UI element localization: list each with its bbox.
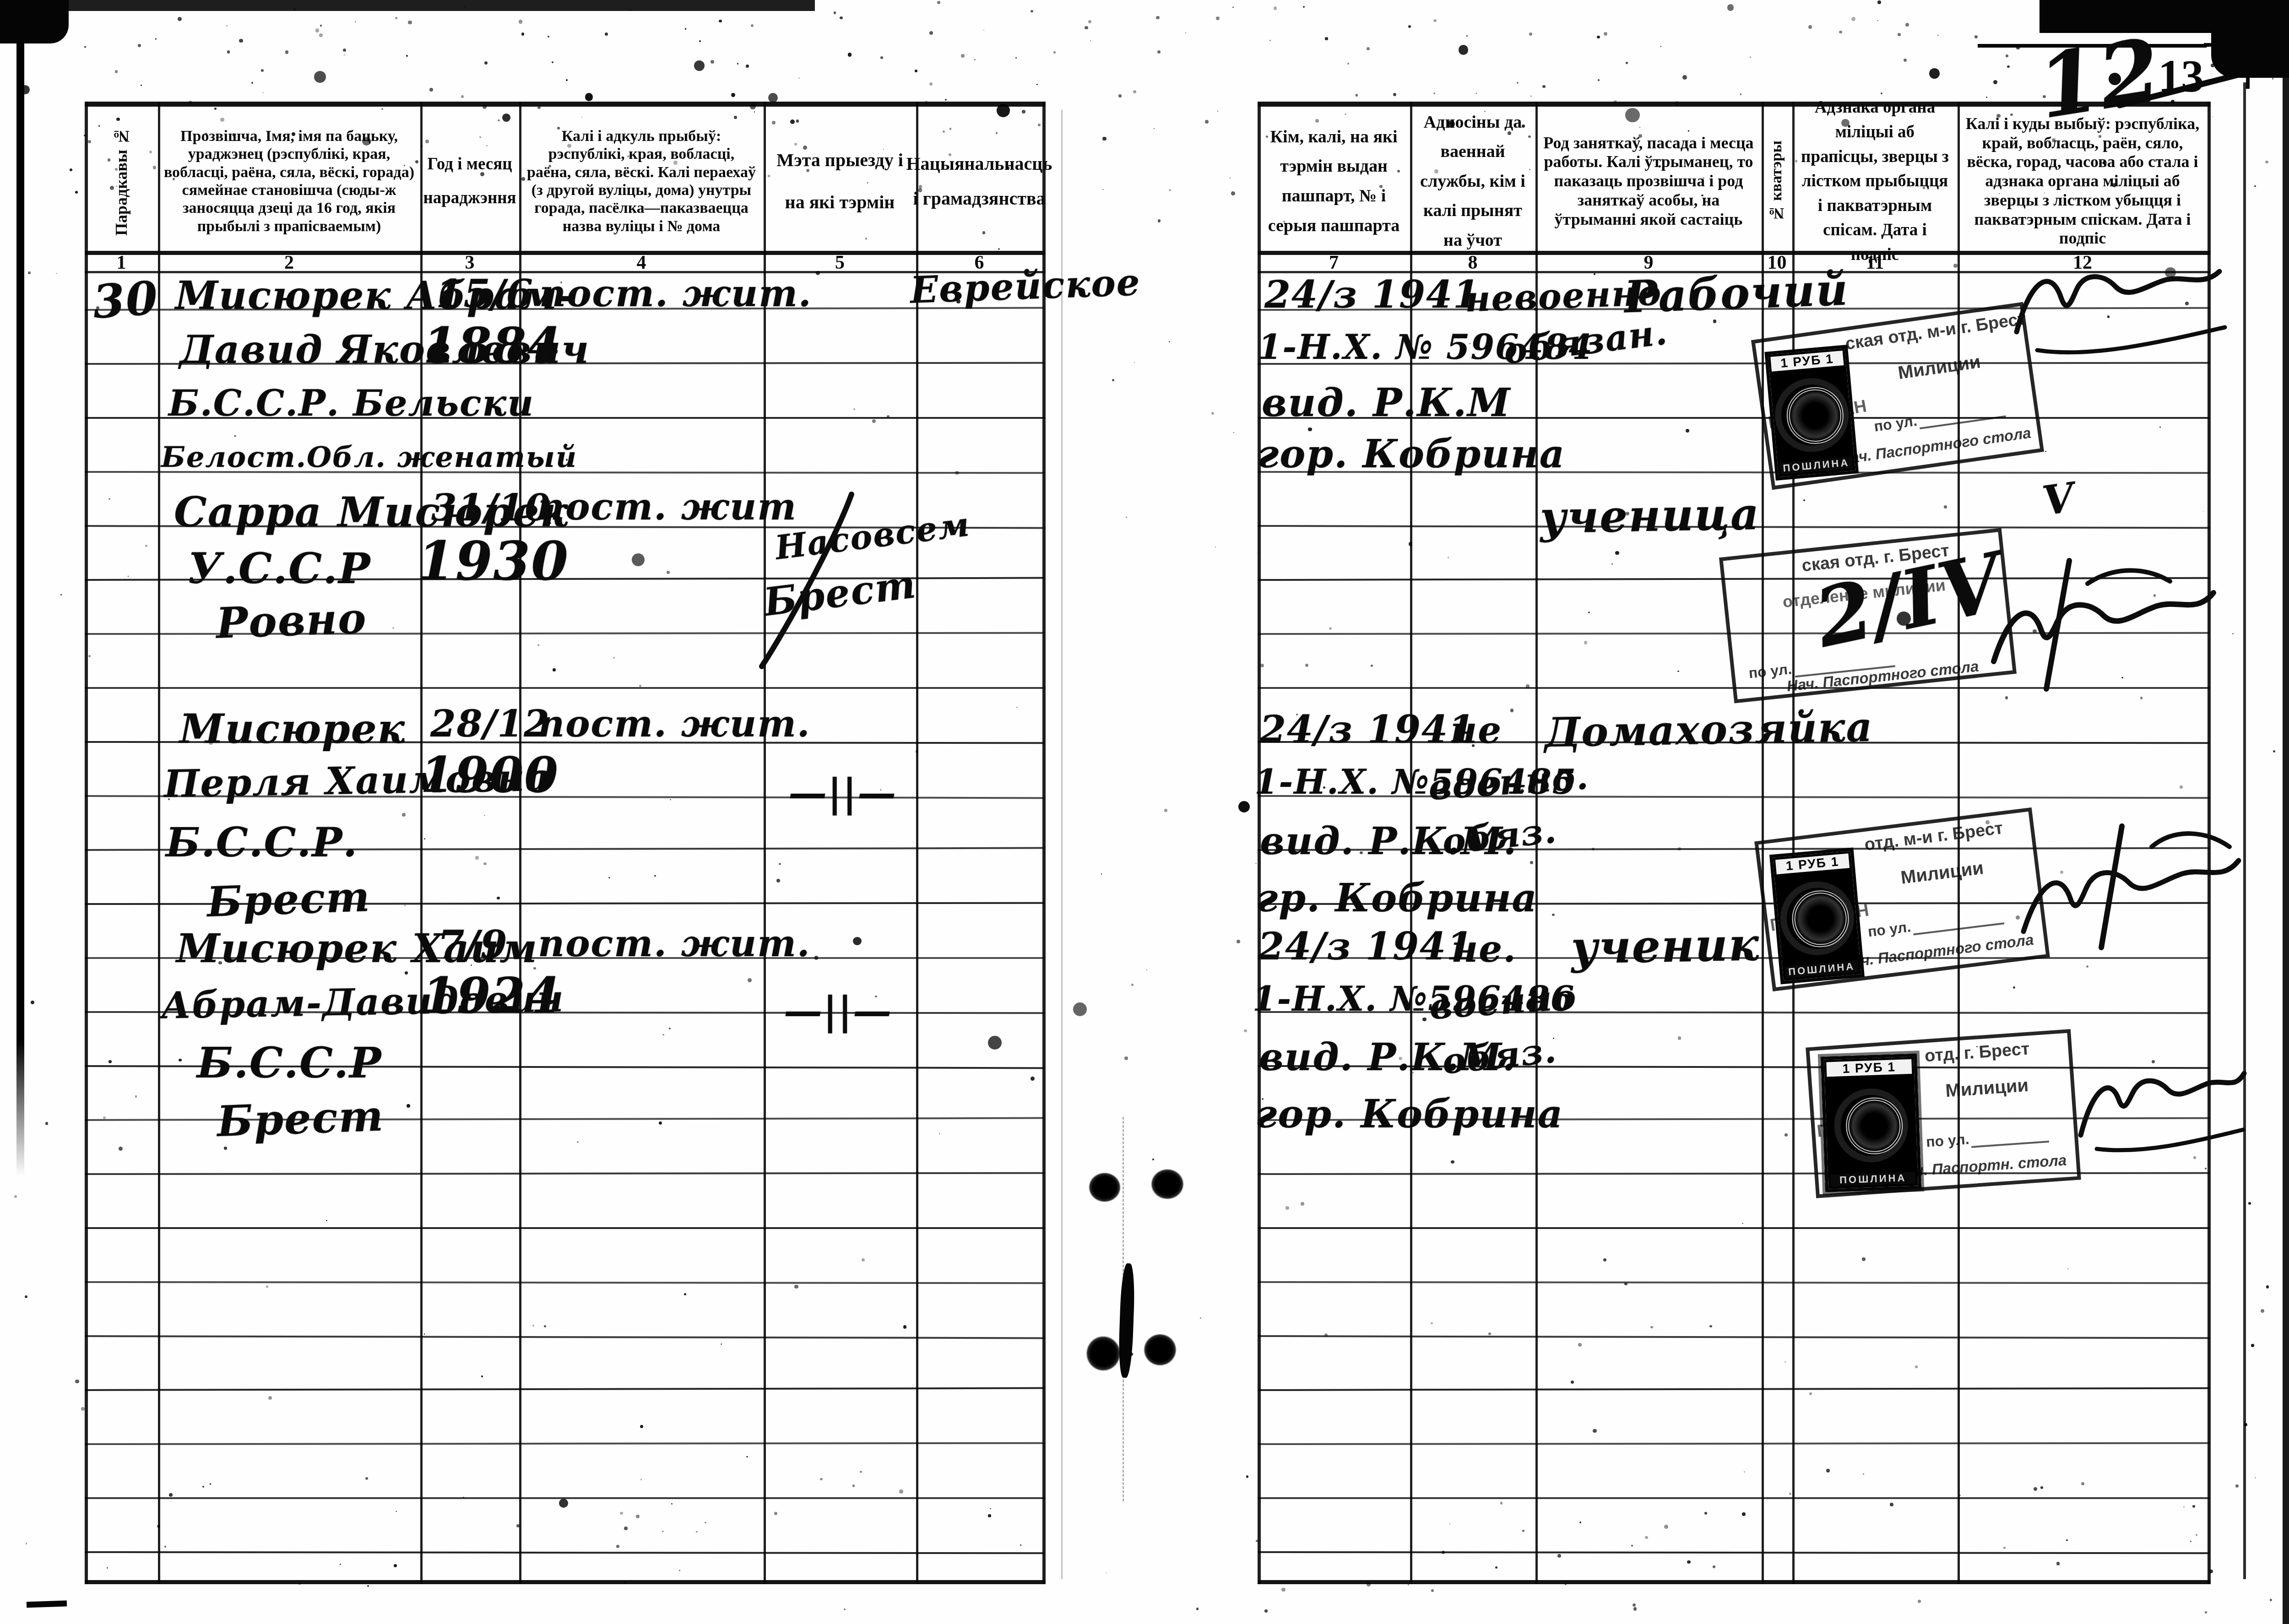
column-number-5: 5 [764, 252, 916, 274]
stamp3-street-line: по ул. [1867, 918, 1912, 940]
stamp3-street-blank [1913, 922, 2004, 935]
speckle [224, 1147, 227, 1150]
speckle [1185, 32, 1187, 33]
speckle [1303, 6, 1305, 8]
entry3-purpose-ditto: —||— [788, 770, 897, 815]
speckle [1713, 1565, 1715, 1568]
speckle [2183, 1506, 2184, 1507]
speckle [532, 1325, 534, 1326]
speckle [1603, 1258, 1606, 1261]
speckle [2013, 986, 2015, 989]
speckle [929, 31, 933, 35]
revenue-stamp-value: 1 РУБ 1 [1775, 853, 1850, 874]
speckle [776, 879, 780, 882]
speckle [1112, 379, 1114, 381]
speckle [1974, 35, 1978, 38]
speckle [844, 1608, 846, 1610]
speckle [1053, 51, 1056, 54]
speckle [1238, 801, 1250, 812]
speckle [464, 6, 465, 8]
speckle [394, 1564, 397, 1567]
speckle [179, 1059, 182, 1062]
speckle [1530, 96, 1532, 97]
entry4-name-line4: Брест [216, 1091, 385, 1147]
speckle [1196, 1608, 1199, 1610]
speckle [632, 553, 645, 566]
speckle [721, 1343, 722, 1345]
speckle [1031, 1077, 1035, 1081]
entry3-birth-day: 28/12 [430, 702, 550, 745]
speckle [853, 937, 861, 945]
speckle [1650, 1326, 1653, 1328]
speckle [1744, 1471, 1745, 1472]
entry3-residence: пост. жит. [538, 702, 811, 745]
signature-1 [2010, 259, 2229, 373]
speckle [1682, 75, 1687, 80]
speckle [107, 1567, 108, 1569]
speckle [640, 1479, 642, 1480]
speckle [1073, 1002, 1087, 1016]
speckle [141, 85, 142, 86]
speckle [461, 95, 464, 98]
speckle [705, 1522, 706, 1524]
speckle [840, 16, 843, 20]
stamp1-org-line: Милиции [1897, 352, 1982, 384]
entry3-name-line3: Б.С.С.Р. [166, 818, 358, 866]
speckle [1016, 707, 1017, 708]
speckle [699, 40, 701, 42]
speckle [559, 1499, 568, 1508]
speckle [2203, 511, 2204, 512]
entry2-birth-day: 31/10 [431, 486, 551, 529]
speckle [2056, 1562, 2060, 1565]
speckle [2190, 1541, 2191, 1542]
speckle [862, 1258, 865, 1261]
speckle [961, 54, 965, 58]
speckle [937, 1, 940, 4]
speckle [2034, 1487, 2037, 1491]
speckle [1993, 80, 1997, 84]
speckle [1448, 557, 1449, 558]
scan-mark-bottom-left [27, 1600, 67, 1608]
speckle [1542, 85, 1545, 88]
speckle [983, 30, 984, 31]
speckle [2006, 54, 2008, 57]
entry3-military-line1: не [1450, 709, 1502, 752]
speckle [608, 877, 610, 878]
speckle [1466, 35, 1468, 37]
speckle [1579, 1521, 1581, 1523]
speckle [343, 49, 346, 52]
entry1-residence: пост. жит. [539, 272, 812, 315]
speckle [1371, 665, 1373, 667]
entry4-name-line3: Б.С.С.Р [197, 1038, 382, 1088]
speckle [81, 1407, 84, 1410]
column-number-1: 1 [85, 252, 158, 274]
column-header-11: Адзнака органа міліцыі аб прапісцы, звер… [1792, 112, 1958, 251]
scan-edge-top [0, 0, 815, 11]
speckle [1742, 1223, 1743, 1224]
speckle [768, 93, 778, 103]
speckle [852, 1484, 855, 1487]
speckle [1124, 1056, 1128, 1060]
speckle [1449, 1523, 1451, 1525]
column-number-3: 3 [420, 252, 519, 274]
column-header-7: Кім, калі, на які тэрмін выдан пашпарт, … [1258, 112, 1410, 251]
speckle [135, 1095, 137, 1098]
speckle [227, 50, 230, 54]
speckle [1633, 1607, 1637, 1611]
speckle [293, 8, 296, 11]
speckle [1164, 809, 1167, 812]
speckle [1740, 93, 1742, 95]
speckle [483, 862, 487, 866]
grid-line [85, 102, 88, 1584]
stamp3-city-line: отд. м-и г. Брест [1863, 818, 2004, 855]
speckle [1626, 62, 1628, 64]
speckle [620, 1512, 623, 1515]
grid-line [1258, 1551, 2209, 1554]
speckle [624, 1527, 628, 1530]
speckle [1158, 219, 1161, 222]
speckle [2273, 750, 2275, 752]
speckle [1169, 189, 1171, 191]
speckle [1904, 59, 1907, 62]
speckle [1255, 863, 1257, 864]
column-number-7: 7 [1258, 252, 1410, 274]
speckle [396, 1511, 397, 1512]
entry4-military-line1: не. [1451, 927, 1517, 970]
speckle [2272, 78, 2273, 79]
binding-hole [1086, 1170, 1123, 1205]
grid-line [85, 1335, 1044, 1339]
speckle [214, 108, 217, 110]
speckle [1134, 362, 1135, 363]
entry3-passport-line1: 24/з 1941 [1260, 708, 1475, 752]
scan-corner-blob-right [2039, 0, 2289, 33]
speckle [2164, 10, 2167, 13]
speckle [834, 11, 836, 14]
speckle [392, 627, 394, 629]
grid-line [1258, 1387, 2209, 1391]
scanned-register-spread: Парадкавы № Прозвішча, Імя, імя па бацьк… [0, 0, 2289, 1624]
speckle [684, 1293, 686, 1295]
speckle [1031, 10, 1033, 13]
speckle [1530, 861, 1533, 864]
grid-line [85, 1551, 1044, 1554]
speckle [28, 271, 31, 274]
speckle [155, 38, 157, 40]
speckle [685, 28, 686, 29]
speckle [1660, 46, 1661, 47]
speckle [544, 1325, 547, 1328]
entry2-name-line2: У.С.С.Р [188, 544, 371, 593]
police-registration-stamp-4: отд. г. Брест Милиции ПРОПИСАН по ул. На… [1806, 1029, 2081, 1198]
speckle [402, 813, 406, 817]
speckle [1347, 63, 1349, 65]
speckle [2235, 1484, 2239, 1488]
column-header-9: Род заняткаў, пасада і месца работы. Кал… [1535, 112, 1762, 251]
page-frame-right [2243, 82, 2246, 1579]
speckle [2255, 1477, 2256, 1478]
entry1-name-line4: Белост.Обл. женатый [161, 440, 577, 474]
speckle [1645, 1536, 1648, 1539]
stamp4-street-line: по ул. [1926, 1131, 1970, 1150]
speckle [1205, 120, 1209, 124]
grid-line [1258, 1497, 2209, 1499]
speckle [731, 93, 735, 97]
entry2-name-line3: Ровно [215, 593, 368, 648]
speckle [57, 10, 59, 12]
speckle [1597, 36, 1600, 39]
speckle [2205, 1168, 2207, 1169]
stamp4-chief-line: Нач. Паспортн. стола [1895, 1152, 2067, 1181]
grid-line [85, 1281, 1044, 1284]
speckle [2212, 116, 2213, 118]
speckle [2248, 1202, 2251, 1205]
speckle [1126, 517, 1127, 518]
speckle [1785, 1133, 1788, 1137]
column-number-2: 2 [158, 252, 420, 274]
speckle [424, 1333, 425, 1334]
revenue-stamp-3: 1 РУБ 1 ПОШЛИНА [1769, 847, 1865, 984]
signature-4 [2074, 1048, 2248, 1158]
speckle [1133, 90, 1136, 93]
speckle [1905, 23, 1909, 27]
entry4-passport-line1: 24/з 1941 [1258, 925, 1474, 969]
speckle [553, 668, 555, 671]
speckle [169, 1493, 173, 1497]
speckle [1598, 79, 1599, 81]
entry3-birth-year: 1900 [420, 746, 559, 803]
speckle [2066, 1539, 2068, 1542]
speckle [2270, 1599, 2272, 1601]
scan-edge-left [16, 41, 24, 1176]
speckle [266, 1285, 269, 1288]
entry2-occupation: ученица [1540, 488, 1760, 543]
speckle [1200, 1317, 1201, 1319]
speckle [1677, 671, 1679, 672]
speckle [2040, 1486, 2043, 1489]
speckle [1877, 0, 1881, 4]
speckle [108, 498, 110, 500]
speckle [848, 53, 852, 56]
stamp1-chief-line: Нач. Паспортного стола [1839, 424, 2032, 468]
speckle [1085, 26, 1088, 30]
speckle [659, 1121, 662, 1125]
speckle [1615, 551, 1619, 555]
speckle [1106, 1572, 1107, 1573]
grid-line [85, 1442, 1044, 1445]
speckle [1020, 1544, 1021, 1546]
speckle [1686, 429, 1689, 433]
speckle [605, 32, 608, 36]
speckle [381, 108, 383, 110]
page-number-strike-line [2115, 60, 2252, 114]
speckle [226, 25, 228, 27]
grid-line [85, 1172, 1044, 1175]
speckle [1500, 1502, 1502, 1504]
check-mark: V [2039, 473, 2078, 525]
speckle [1862, 1257, 1866, 1261]
speckle [1215, 547, 1216, 547]
speckle [1704, 1512, 1707, 1515]
entry3-name-line4: Брест [206, 872, 371, 926]
speckle [548, 36, 550, 38]
speckle [654, 875, 656, 877]
speckle [115, 70, 118, 73]
speckle [484, 61, 488, 65]
speckle [1476, 93, 1477, 94]
speckle [326, 1220, 327, 1221]
grid-line [1042, 102, 1046, 1584]
speckle [1986, 97, 1987, 98]
speckle [145, 545, 147, 547]
speckle [696, 1531, 698, 1533]
speckle [1015, 57, 1017, 59]
speckle [344, 54, 345, 55]
revenue-stamp-emblem [1785, 385, 1846, 446]
entry4-passport-line4: гор. Кобрина [1255, 1091, 1563, 1137]
entry4-birth-day: 7/9 [438, 922, 508, 967]
speckle [1156, 16, 1159, 19]
speckle [406, 55, 408, 57]
speckle [21, 85, 29, 94]
column-header-2: Прозвішча, Імя, імя па бацьку, ураджэнец… [158, 112, 420, 251]
column-header-10: № кватэры [1762, 112, 1792, 251]
speckle [340, 1564, 341, 1565]
speckle [1488, 1332, 1491, 1335]
column-number-8: 8 [1410, 252, 1535, 274]
stamp4-city-line: отд. г. Брест [1924, 1039, 2030, 1066]
signature-2 [1982, 556, 2220, 698]
speckle [1687, 1560, 1690, 1564]
speckle [1517, 82, 1519, 84]
speckle [820, 1478, 823, 1481]
speckle [1090, 40, 1091, 41]
speckle [138, 44, 141, 47]
speckle [974, 59, 976, 60]
speckle [1431, 1589, 1434, 1592]
speckle [2265, 161, 2268, 163]
speckle [566, 79, 568, 81]
speckle [2261, 1309, 2265, 1313]
speckle [2159, 426, 2161, 428]
speckle [2254, 185, 2256, 187]
stamp4-org-line: Милиции [1945, 1075, 2029, 1102]
speckle [164, 1546, 166, 1548]
purpose-slash-stroke [747, 484, 866, 677]
speckle [719, 20, 722, 23]
speckle [1898, 33, 1901, 36]
speckle [990, 1508, 991, 1510]
speckle [2086, 965, 2088, 968]
speckle [31, 1001, 34, 1004]
speckle [1329, 627, 1332, 630]
speckle [1036, 84, 1038, 85]
revenue-stamp-label: ПОШЛИНА [1780, 456, 1853, 475]
speckle [1495, 1566, 1497, 1569]
speckle [268, 1396, 272, 1400]
entry3-passport-line4: гр. Кобрина [1256, 875, 1538, 920]
grid-line [420, 102, 423, 1584]
speckle [1232, 7, 1234, 8]
speckle [616, 1545, 619, 1548]
speckle [429, 88, 433, 92]
speckle [1584, 641, 1588, 644]
speckle [14, 1195, 17, 1198]
speckle [75, 1380, 79, 1384]
speckle [1269, 40, 1271, 41]
entry1-nationality: Еврейское [910, 260, 1142, 312]
speckle [1169, 341, 1170, 342]
speckle [210, 1483, 211, 1484]
grid-line [916, 102, 918, 1584]
entry1-passport-line1: 24/з 1941 [1264, 273, 1480, 317]
grid-line [85, 102, 1045, 107]
speckle [1433, 19, 1437, 22]
speckle [1727, 4, 1734, 11]
speckle [1088, 20, 1091, 23]
speckle [1237, 940, 1240, 943]
speckle [1367, 47, 1370, 50]
grid-line [85, 1497, 1044, 1499]
speckle [1408, 1584, 1409, 1586]
speckle [1937, 35, 1939, 36]
speckle [119, 1147, 123, 1151]
speckle [1130, 1353, 1133, 1356]
grid-line [85, 1227, 1044, 1229]
binding-hole [1083, 1333, 1123, 1374]
police-registration-stamp-3: отд. м-и г. Брест Милиции ПРОПИСАН по ул… [1754, 807, 2050, 991]
speckle [1131, 984, 1134, 986]
speckle [2205, 1611, 2207, 1613]
signature-3 [2014, 819, 2243, 957]
speckle [988, 1036, 1002, 1050]
speckle [1393, 93, 1397, 97]
speckle [1552, 914, 1555, 916]
speckle [939, 1133, 940, 1134]
speckle [746, 1456, 748, 1458]
speckle [669, 1028, 671, 1029]
speckle [694, 60, 705, 71]
speckle [1633, 1603, 1636, 1607]
speckle [481, 1375, 483, 1377]
grid-line [1258, 1227, 2209, 1229]
speckle [1593, 1429, 1596, 1433]
speckle [1742, 1512, 1746, 1516]
speckle [88, 655, 91, 657]
speckle [1529, 32, 1532, 36]
speckle [945, 99, 947, 101]
speckle [1510, 709, 1513, 712]
stamp4-street-blank [1971, 1141, 2049, 1148]
column-header-4: Калі і адкуль прыбыў: рэспублікі, края, … [519, 112, 764, 251]
entry3-military-line3: обяз. [1440, 810, 1559, 862]
speckle [1877, 20, 1878, 22]
speckle [872, 419, 876, 423]
grid-line [85, 1387, 1044, 1391]
entry3-name-line1: Мисюрек [179, 705, 406, 752]
speckle [1678, 1036, 1681, 1039]
speckle [2067, 1268, 2068, 1269]
speckle [577, 1141, 579, 1143]
speckle [1588, 612, 1590, 614]
speckle [424, 838, 425, 839]
speckle [519, 20, 523, 24]
speckle [1216, 16, 1220, 20]
speckle [1459, 45, 1468, 54]
